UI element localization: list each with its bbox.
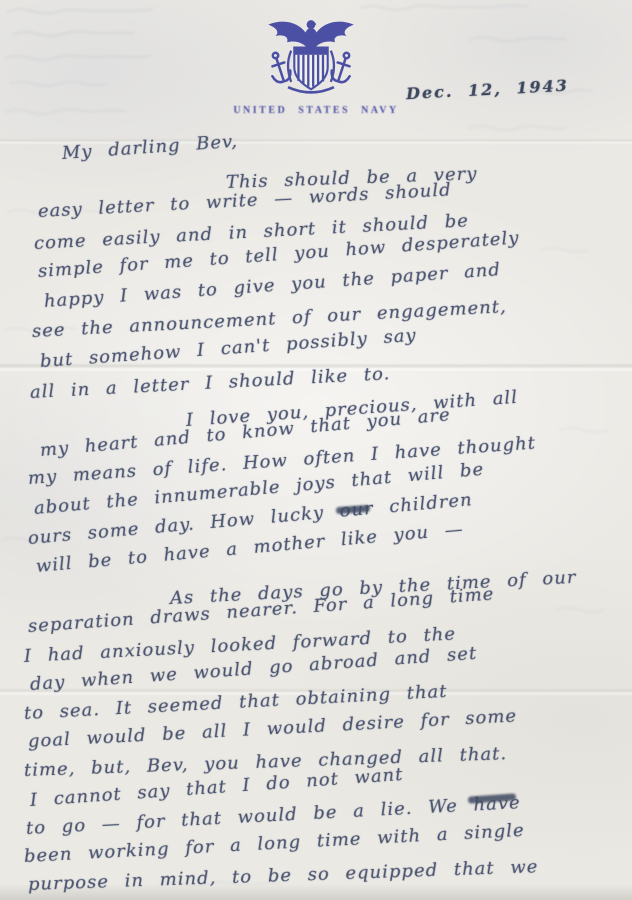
letterhead-title: UNITED STATES NAVY: [0, 105, 632, 116]
navy-eagle-shield-anchors-emblem-icon: [263, 16, 359, 102]
letter-page: UNITED STATES NAVY Dec. 12, 1943 My darl…: [0, 0, 632, 900]
